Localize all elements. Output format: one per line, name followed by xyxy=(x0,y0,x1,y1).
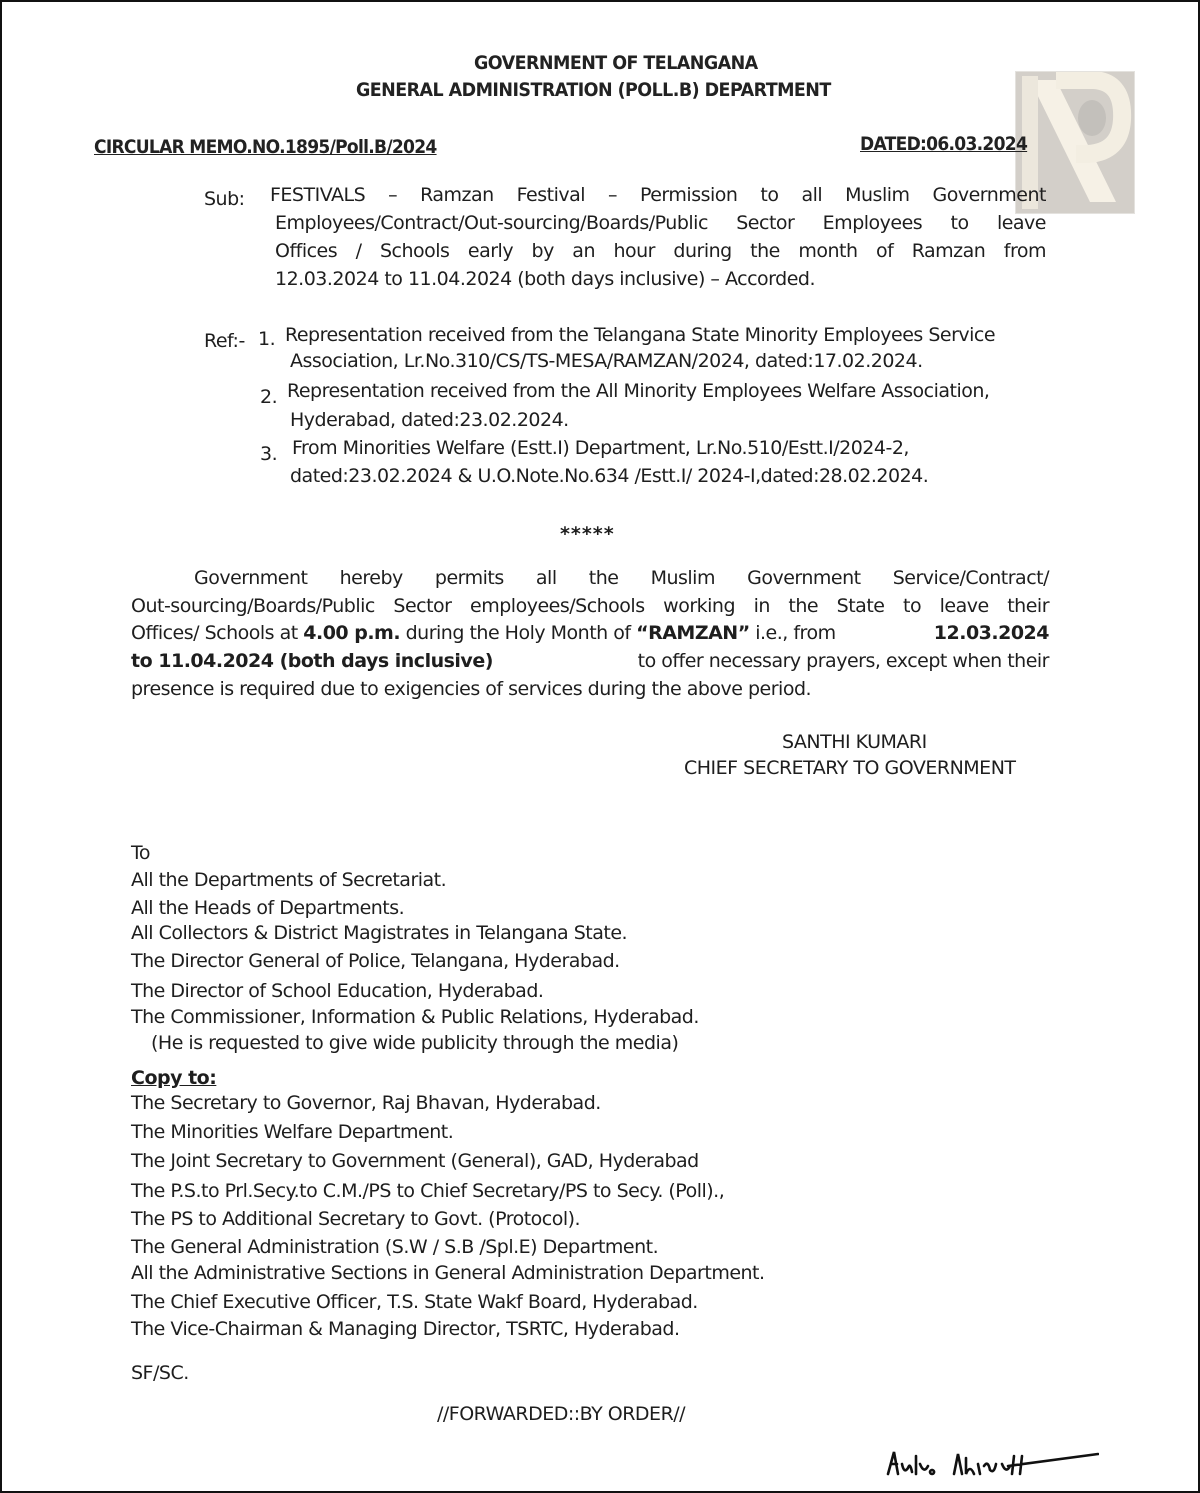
body-line: Out-sourcing/Boards/Public Sector employ… xyxy=(131,595,1049,617)
body-line: presence is required due to exigencies o… xyxy=(131,678,811,700)
copy-recipient: The Minorities Welfare Department. xyxy=(131,1121,453,1143)
memo-number: CIRCULAR MEMO.NO.1895/Poll.B/2024 xyxy=(94,136,437,158)
copy-recipient: The P.S.to Prl.Secy.to C.M./PS to Chief … xyxy=(131,1180,724,1202)
recipient: The Director General of Police, Telangan… xyxy=(131,950,620,972)
subject-line: FESTIVALS – Ramzan Festival – Permission… xyxy=(270,184,1046,206)
body-line: Government hereby permits all the Muslim… xyxy=(194,567,1049,589)
govt-title: GOVERNMENT OF TELANGANA xyxy=(474,52,758,74)
copy-recipient: The PS to Additional Secretary to Govt. … xyxy=(131,1208,580,1230)
copy-recipient: The General Administration (S.W / S.B /S… xyxy=(131,1236,658,1258)
subject-line: Offices / Schools early by an hour durin… xyxy=(275,240,1046,262)
ref-number: 2. xyxy=(260,386,277,408)
subject-line: 12.03.2024 to 11.04.2024 (both days incl… xyxy=(275,268,815,290)
body-line: to 11.04.2024 (both days inclusive) to o… xyxy=(131,650,1049,672)
recipient: All Collectors & District Magistrates in… xyxy=(131,922,627,944)
copy-to-label: Copy to: xyxy=(131,1067,216,1089)
ref-line: Association, Lr.No.310/CS/TS-MESA/RAMZAN… xyxy=(290,350,923,372)
signatory-name: SANTHI KUMARI xyxy=(782,731,927,753)
ref-line: Representation received from the Telanga… xyxy=(285,324,995,346)
memo-date: DATED:06.03.2024 xyxy=(860,133,1027,155)
forwarded-by-order: //FORWARDED::BY ORDER// xyxy=(437,1403,685,1425)
signatory-title: CHIEF SECRETARY TO GOVERNMENT xyxy=(684,757,1016,779)
recipient: All the Departments of Secretariat. xyxy=(131,869,446,891)
to-label: To xyxy=(131,842,150,864)
ref-number: 3. xyxy=(260,443,277,465)
copy-recipient: The Vice-Chairman & Managing Director, T… xyxy=(131,1318,680,1340)
ref-label: Ref:- xyxy=(204,330,245,352)
recipient-note: (He is requested to give wide publicity … xyxy=(151,1032,678,1054)
ref-line: Hyderabad, dated:23.02.2024. xyxy=(290,409,569,431)
department-title: GENERAL ADMINISTRATION (POLL.B) DEPARTME… xyxy=(356,79,831,101)
copy-recipient: All the Administrative Sections in Gener… xyxy=(131,1262,765,1284)
subject-label: Sub: xyxy=(204,188,245,210)
file-reference: SF/SC. xyxy=(131,1362,189,1384)
ref-line: Representation received from the All Min… xyxy=(287,380,989,402)
recipient: All the Heads of Departments. xyxy=(131,897,404,919)
body-line: Offices/ Schools at 4.00 p.m. during the… xyxy=(131,622,1049,644)
copy-recipient: The Joint Secretary to Government (Gener… xyxy=(131,1150,699,1172)
ref-line: dated:23.02.2024 & U.O.Note.No.634 /Estt… xyxy=(290,465,928,487)
ref-line: From Minorities Welfare (Estt.I) Departm… xyxy=(292,437,909,459)
recipient: The Director of School Education, Hydera… xyxy=(131,980,543,1002)
subject-line: Employees/Contract/Out-sourcing/Boards/P… xyxy=(275,212,1046,234)
copy-recipient: The Chief Executive Officer, T.S. State … xyxy=(131,1291,698,1313)
recipient: The Commissioner, Information & Public R… xyxy=(131,1006,699,1028)
copy-recipient: The Secretary to Governor, Raj Bhavan, H… xyxy=(131,1092,601,1114)
handwritten-signature-icon xyxy=(884,1448,1099,1478)
ref-number: 1. xyxy=(258,328,275,350)
separator-stars: ***** xyxy=(560,523,615,545)
